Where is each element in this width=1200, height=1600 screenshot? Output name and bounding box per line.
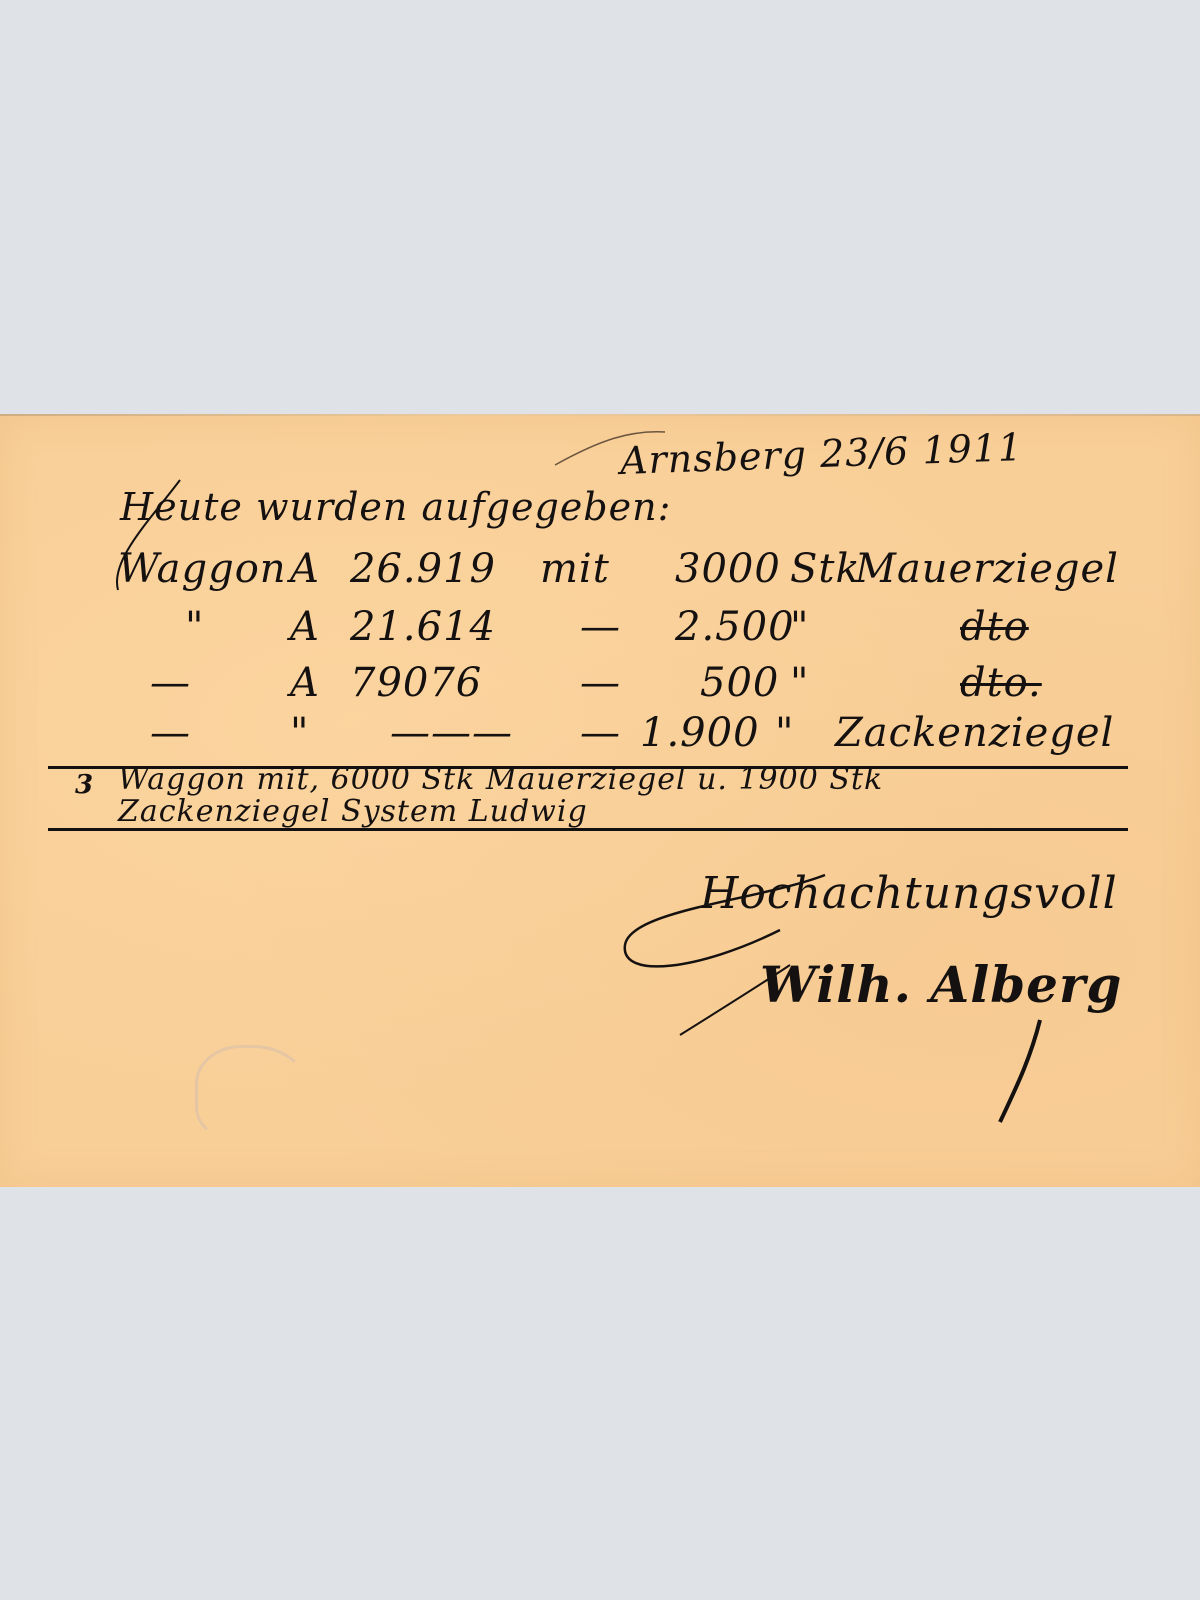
card-edge [0,414,1200,416]
summary-wagon-count: 3 [75,770,94,800]
row1-item: Mauerziegel [855,546,1119,592]
row1-label: Waggon [118,546,287,592]
row2-quantity: 2.500 [675,604,795,650]
row3-joiner: — [580,660,621,706]
row3-wagon-number: 79076 [350,660,482,706]
summary-rule-bottom [48,828,1128,831]
row2-label: " [185,604,204,650]
place: Arnsberg [619,433,807,483]
row2-wagon-number: 21.614 [350,604,496,650]
greeting-line: Heute wurden aufgegeben: [120,485,671,529]
row1-wagon-number: 26.919 [350,546,496,592]
summary-line-2: Zackenziegel System Ludwig [118,794,588,829]
row3-unit: " [790,660,809,706]
row3-item: dto. [960,660,1042,706]
row1-quantity: 3000 [675,546,781,592]
row1-prefix: A [290,546,320,592]
row4-label: — [150,710,191,756]
summary-line-1: Waggon mit, 6000 Stk Mauerziegel u. 1900… [118,762,883,797]
date: 23/6 [819,429,910,476]
row3-quantity: 500 [700,660,779,706]
row1-unit: Stk [790,546,861,592]
row2-item: dto [960,604,1029,650]
row4-prefix: " [290,710,309,756]
row2-joiner: — [580,604,621,650]
row4-item: Zackenziegel [835,710,1114,756]
row3-label: — [150,660,191,706]
row4-joiner: — [580,710,621,756]
year: 1911 [922,425,1024,472]
row2-prefix: A [290,604,320,650]
signature: Wilh. Alberg [760,955,1122,1014]
row3-prefix: A [290,660,320,706]
faded-stamp-mark [195,1045,311,1141]
row2-unit: " [790,604,809,650]
row4-quantity: 1.900 [640,710,760,756]
row4-unit: " [775,710,794,756]
row4-wagon-number: ——— [390,710,513,756]
closing-line: Hochachtungsvoll [700,868,1118,919]
row1-joiner: mit [540,546,610,592]
